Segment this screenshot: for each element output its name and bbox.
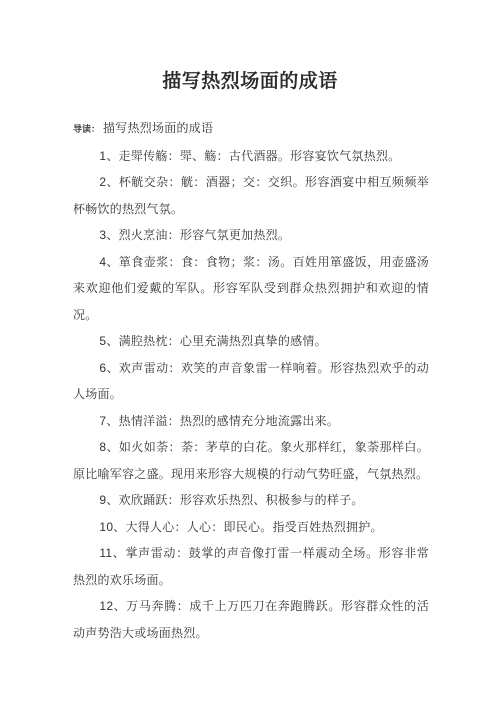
lead-label: 导读：	[73, 124, 100, 134]
idiom-text: 烈火烹油：形容气氛更加热烈。	[119, 228, 291, 242]
lead-text: 描写热烈场面的成语	[103, 121, 213, 135]
idiom-item: 10、大得人心：人心：即民心。指受百姓热烈拥护。	[73, 514, 429, 541]
idiom-item: 7、热情洋溢：热烈的感情充分地流露出来。	[73, 408, 429, 435]
idiom-text: 满腔热枕：心里充满热烈真挚的感情。	[119, 334, 327, 348]
idiom-item: 9、欢欣踊跃：形容欢乐热烈、积极参与的样子。	[73, 487, 429, 514]
idiom-text: 掌声雷动：鼓掌的声音像打雷一样震动全场。形容非常热烈的欢乐场面。	[73, 546, 429, 587]
idiom-item: 5、满腔热枕：心里充满热烈真挚的感情。	[73, 328, 429, 355]
idiom-number: 11、	[99, 546, 125, 560]
idiom-item: 1、走斝传觞：斝、觞：古代酒器。形容宴饮气氛热烈。	[73, 143, 429, 170]
idiom-item: 12、万马奔腾：成千上万匹刀在奔跑腾跃。形容群众性的活动声势浩大或场面热烈。	[73, 593, 429, 646]
idiom-text: 欢声雷动：欢笑的声音象雷一样响着。形容热烈欢乎的动人场面。	[73, 361, 429, 402]
document-page: 描写热烈场面的成语 导读：描写热烈场面的成语 1、走斝传觞：斝、觞：古代酒器。形…	[0, 0, 500, 708]
idiom-item: 11、掌声雷动：鼓掌的声音像打雷一样震动全场。形容非常热烈的欢乐场面。	[73, 540, 429, 593]
idiom-number: 7、	[99, 414, 118, 428]
idiom-number: 3、	[99, 228, 118, 242]
idiom-text: 大得人心：人心：即民心。指受百姓热烈拥护。	[126, 520, 383, 534]
document-content: 导读：描写热烈场面的成语 1、走斝传觞：斝、觞：古代酒器。形容宴饮气氛热烈。2、…	[73, 115, 429, 646]
idiom-number: 8、	[99, 440, 119, 454]
idiom-number: 6、	[99, 361, 119, 375]
idiom-item: 8、如火如荼：荼：茅草的白花。象火那样红，象荼那样白。原比喻军容之盛。现用来形容…	[73, 434, 429, 487]
idiom-item: 3、烈火烹油：形容气氛更加热烈。	[73, 222, 429, 249]
idiom-number: 9、	[99, 493, 118, 507]
idiom-item: 2、杯觥交杂：觥：酒器；交：交织。形容酒宴中相互频频举杯畅饮的热烈气氛。	[73, 169, 429, 222]
idiom-text: 杯觥交杂：觥：酒器；交：交织。形容酒宴中相互频频举杯畅饮的热烈气氛。	[73, 175, 429, 216]
idiom-text: 如火如荼：荼：茅草的白花。象火那样红，象荼那样白。原比喻军容之盛。现用来形容大规…	[73, 440, 429, 481]
idiom-text: 热情洋溢：热烈的感情充分地流露出来。	[119, 414, 340, 428]
idiom-list: 1、走斝传觞：斝、觞：古代酒器。形容宴饮气氛热烈。2、杯觥交杂：觥：酒器；交：交…	[73, 143, 429, 647]
idiom-number: 4、	[99, 255, 119, 269]
lead-paragraph: 导读：描写热烈场面的成语	[73, 115, 429, 143]
idiom-number: 12、	[99, 599, 126, 613]
idiom-number: 10、	[99, 520, 125, 534]
idiom-text: 箪食壶浆：食：食物；浆：汤。百姓用箪盛饭，用壶盛汤来欢迎他们爱戴的军队。形容军队…	[73, 255, 429, 322]
idiom-number: 1、	[99, 149, 118, 163]
idiom-text: 万马奔腾：成千上万匹刀在奔跑腾跃。形容群众性的活动声势浩大或场面热烈。	[73, 599, 429, 640]
idiom-number: 2、	[99, 175, 119, 189]
idiom-item: 6、欢声雷动：欢笑的声音象雷一样响着。形容热烈欢乎的动人场面。	[73, 355, 429, 408]
idiom-text: 欢欣踊跃：形容欢乐热烈、积极参与的样子。	[119, 493, 364, 507]
idiom-number: 5、	[99, 334, 118, 348]
idiom-item: 4、箪食壶浆：食：食物；浆：汤。百姓用箪盛饭，用壶盛汤来欢迎他们爱戴的军队。形容…	[73, 249, 429, 329]
idiom-text: 走斝传觞：斝、觞：古代酒器。形容宴饮气氛热烈。	[119, 149, 401, 163]
page-title: 描写热烈场面的成语	[0, 66, 500, 93]
